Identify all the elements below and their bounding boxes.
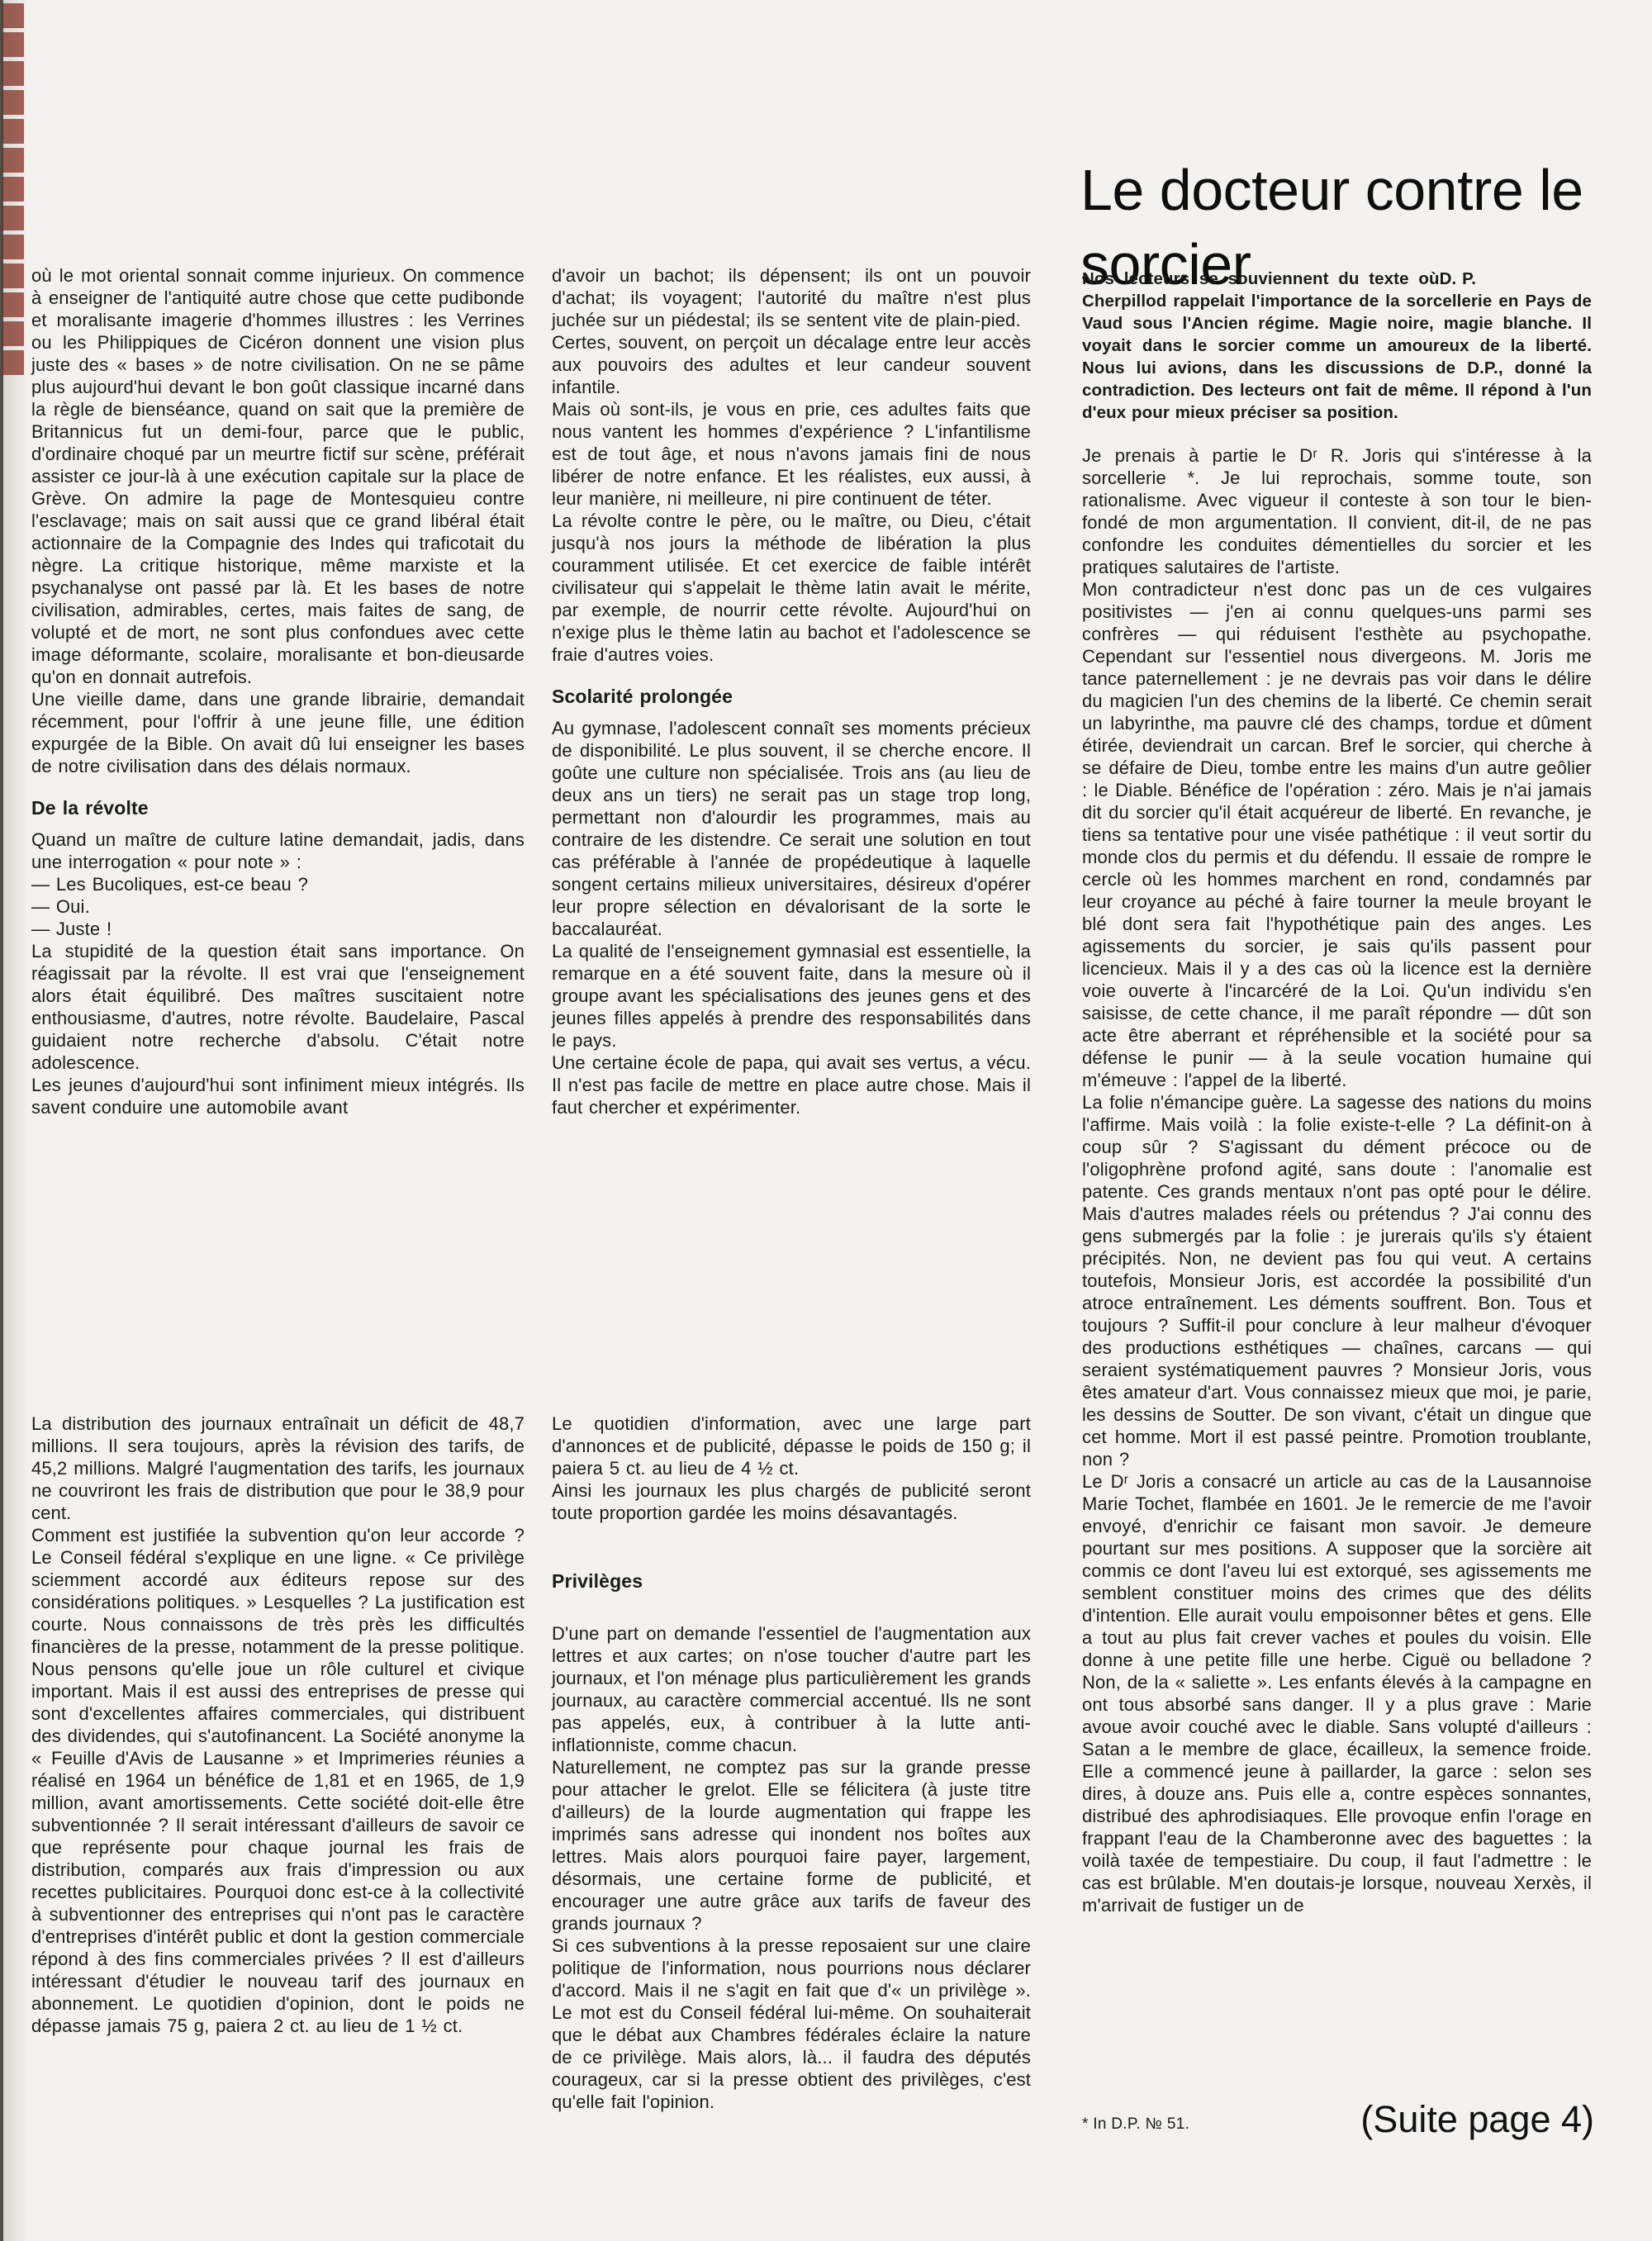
footnote: * In D.P. № 51.	[1082, 2115, 1189, 2141]
dialogue-line: — Juste !	[31, 918, 525, 940]
paragraph: La distribution des journaux entraînait …	[31, 1412, 525, 1524]
registration-mark	[2, 264, 24, 288]
paragraph: où le mot oriental sonnait comme injurie…	[31, 264, 525, 688]
column2-upper-block: d'avoir un bachot; ils dépensent; ils on…	[552, 264, 1031, 1118]
paragraph: La qualité de l'enseignement gymnasial e…	[552, 940, 1031, 1052]
registration-mark	[2, 292, 24, 317]
paragraph: Naturellement, ne comptez pas sur la gra…	[552, 1756, 1031, 1935]
registration-mark	[2, 32, 24, 57]
lead-in-text: Nos lecteurs se souviennent du texte où …	[1082, 269, 1592, 422]
paragraph: Si ces subventions à la presse reposaien…	[552, 1935, 1031, 2113]
paragraph: Une vieille dame, dans une grande librai…	[31, 688, 525, 777]
newspaper-page: { "colors": { "paper": "#f3f2ee", "ink":…	[0, 0, 1652, 2241]
registration-mark	[2, 61, 24, 86]
paragraph: Mon contradicteur n'est donc pas un de c…	[1082, 578, 1592, 1091]
dialogue-line: — Oui.	[31, 895, 525, 918]
section-header-scolarite-prolongee: Scolarité prolongée	[552, 686, 1031, 708]
paragraph: Les jeunes d'aujourd'hui sont infiniment…	[31, 1074, 525, 1118]
lead-in-signature: D. P.	[1440, 268, 1476, 290]
paragraph: Quand un maître de culture latine demand…	[31, 829, 525, 873]
paragraph: Au gymnase, l'adolescent connaît ses mom…	[552, 717, 1031, 940]
paragraph: Certes, souvent, on perçoit un décalage …	[552, 331, 1031, 398]
paragraph: Je prenais à partie le Dʳ R. Joris qui s…	[1082, 444, 1592, 578]
column2-lower-block: Le quotidien d'information, avec une lar…	[552, 1412, 1031, 2113]
column3-article-body: Je prenais à partie le Dʳ R. Joris qui s…	[1082, 444, 1592, 1916]
registration-mark	[2, 350, 24, 375]
registration-mark	[2, 148, 24, 173]
paragraph: La stupidité de la question était sans i…	[31, 940, 525, 1074]
column1-lower-block: La distribution des journaux entraînait …	[31, 1412, 525, 2037]
registration-mark	[2, 90, 24, 115]
registration-mark	[2, 177, 24, 202]
paragraph: Comment est justifiée la subvention qu'o…	[31, 1524, 525, 2037]
article-lead-in: D. P. Nos lecteurs se souviennent du tex…	[1082, 268, 1592, 424]
dialogue-line: — Les Bucoliques, est-ce beau ?	[31, 873, 525, 895]
paragraph: Le Dʳ Joris a consacré un article au cas…	[1082, 1470, 1592, 1916]
registration-mark	[2, 3, 24, 28]
section-header-de-la-revolte: De la révolte	[31, 797, 525, 819]
paragraph: La révolte contre le père, ou le maître,…	[552, 510, 1031, 666]
section-header-privileges: Privilèges	[552, 1570, 1031, 1593]
paragraph: Ainsi les journaux les plus chargés de p…	[552, 1479, 1031, 1524]
registration-mark	[2, 321, 24, 346]
column3-footer-row: * In D.P. № 51. (Suite page 4)	[1082, 2098, 1594, 2141]
paragraph: Une certaine école de papa, qui avait se…	[552, 1052, 1031, 1118]
continuation-note: (Suite page 4)	[1360, 2098, 1594, 2141]
paragraph: Le quotidien d'information, avec une lar…	[552, 1412, 1031, 1479]
paragraph: Mais où sont-ils, je vous en prie, ces a…	[552, 398, 1031, 510]
registration-marks	[2, 0, 26, 388]
paragraph: La folie n'émancipe guère. La sagesse de…	[1082, 1091, 1592, 1470]
paragraph: d'avoir un bachot; ils dépensent; ils on…	[552, 264, 1031, 331]
registration-mark	[2, 206, 24, 230]
registration-mark	[2, 235, 24, 259]
paragraph: D'une part on demande l'essentiel de l'a…	[552, 1622, 1031, 1756]
registration-mark	[2, 119, 24, 144]
column1-upper-block: où le mot oriental sonnait comme injurie…	[31, 264, 525, 1118]
